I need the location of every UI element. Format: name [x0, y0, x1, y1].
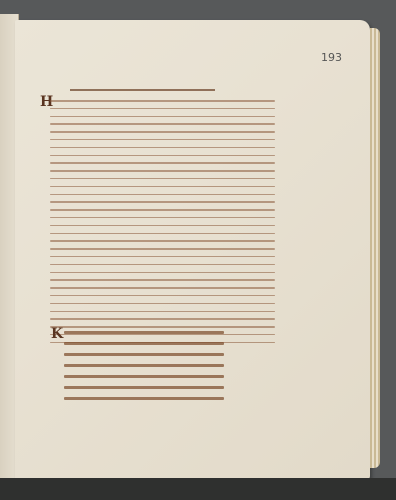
text-line: [50, 272, 275, 274]
text-line: [50, 178, 275, 180]
text-line: [50, 209, 275, 211]
text-line: [50, 201, 275, 203]
text-line: [64, 342, 224, 345]
text-line: [64, 331, 224, 334]
text-line: [50, 248, 275, 250]
text-line: [50, 170, 275, 172]
text-line: [50, 256, 275, 258]
text-line: [50, 194, 275, 196]
text-line: [50, 155, 275, 157]
text-line: [50, 139, 275, 141]
text-line: [50, 233, 275, 235]
text-line: [50, 147, 275, 149]
text-line: [50, 108, 275, 110]
text-line: [50, 131, 275, 133]
background-shadow: [0, 478, 396, 500]
text-line: [64, 375, 224, 378]
text-line: [64, 397, 224, 400]
text-line: [50, 116, 275, 118]
text-line: [64, 364, 224, 367]
text-line: [64, 386, 224, 389]
text-line: [50, 295, 275, 297]
text-line: [50, 318, 275, 320]
text-line: [50, 240, 275, 242]
main-text-block: [50, 100, 275, 350]
heading-line: [70, 89, 215, 91]
text-line: [50, 123, 275, 125]
text-line: [50, 287, 275, 289]
text-line: [50, 100, 275, 102]
text-line: [50, 303, 275, 305]
text-line: [50, 186, 275, 188]
folio-number: 193: [321, 51, 342, 64]
text-line: [64, 353, 224, 356]
text-line: [50, 311, 275, 313]
initial-letter-k: K: [51, 326, 63, 342]
text-line: [50, 264, 275, 266]
text-line: [50, 217, 275, 219]
text-line: [50, 162, 275, 164]
text-line: [50, 326, 275, 328]
page-stack-edge: [370, 28, 380, 468]
second-text-block: [64, 331, 224, 408]
text-line: [50, 225, 275, 227]
text-line: [50, 279, 275, 281]
faded-rubric: [150, 68, 240, 74]
